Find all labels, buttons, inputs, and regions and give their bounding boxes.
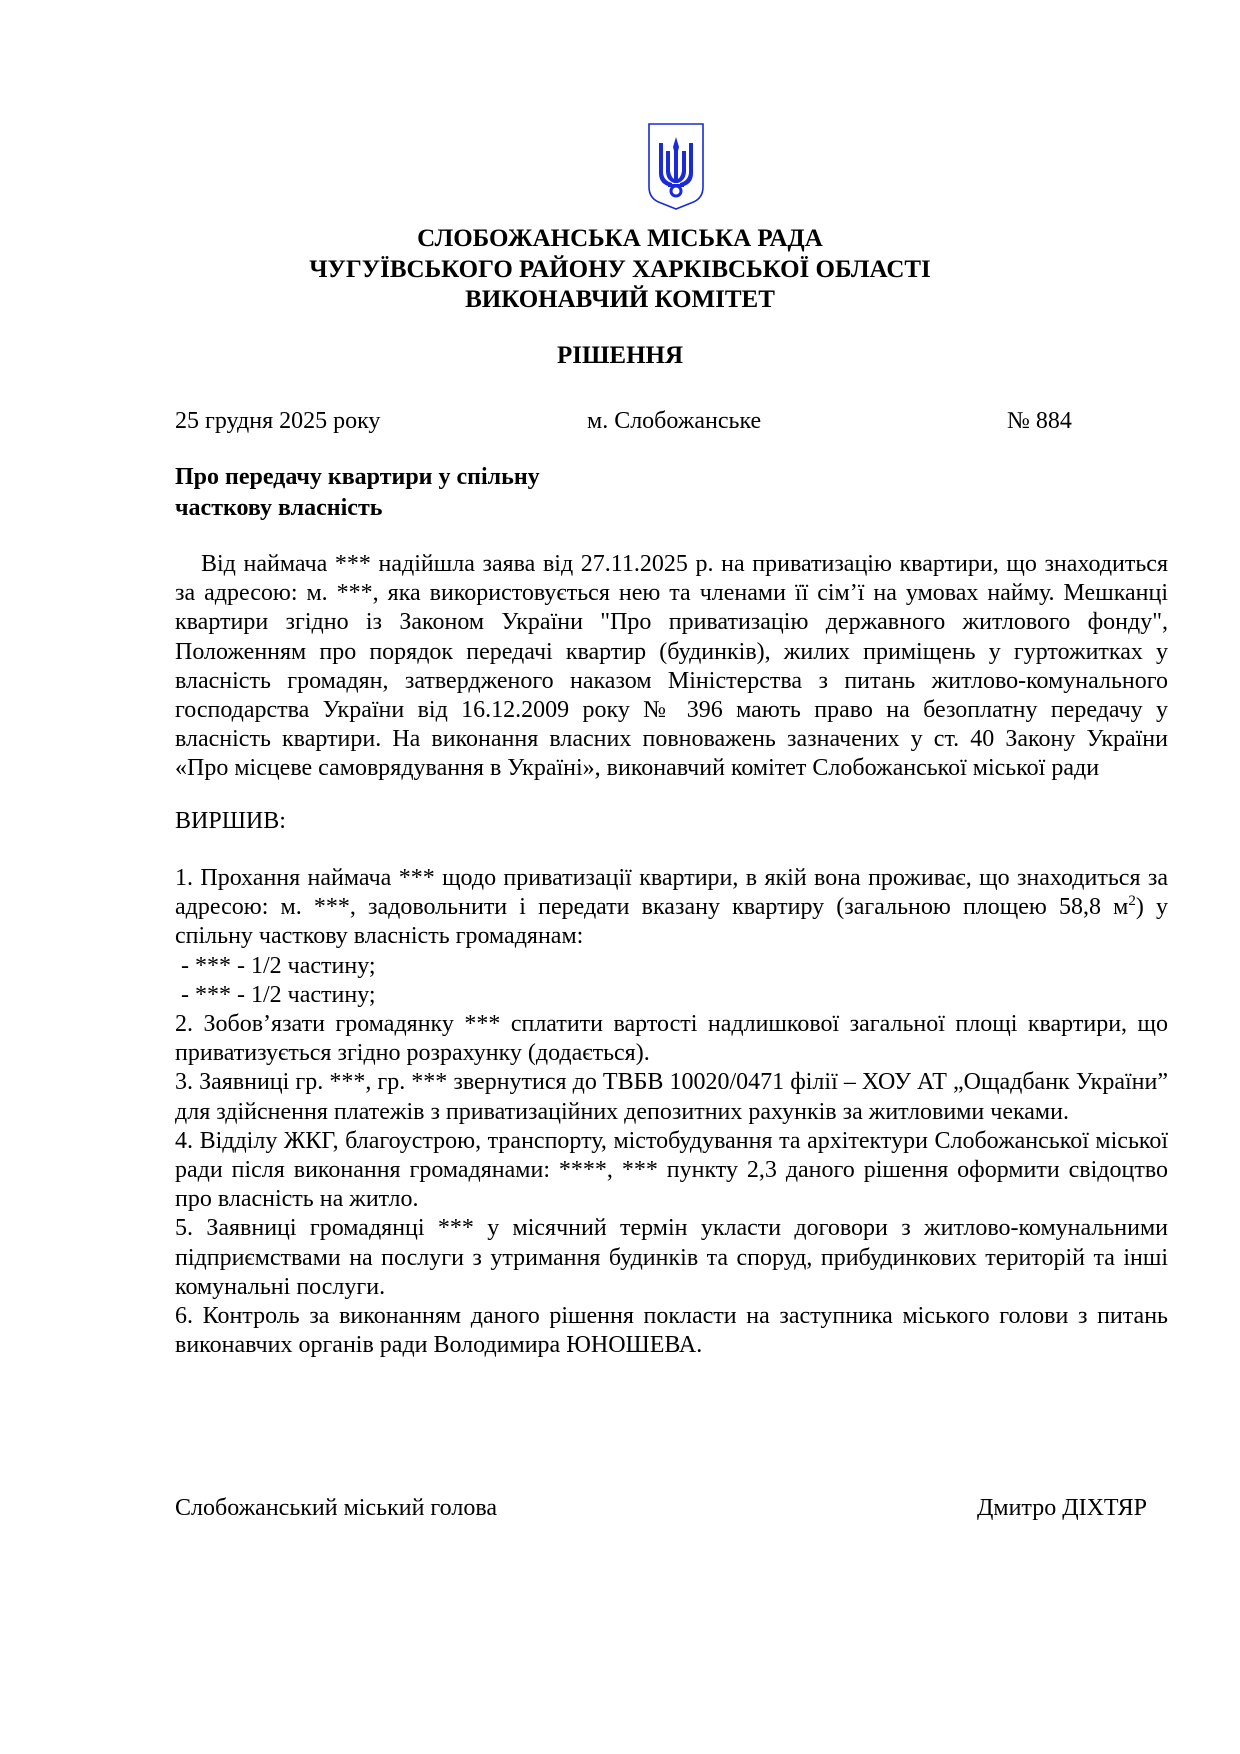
resolution-item-4: 4. Відділу ЖКГ, благоустрою, транспорту,… — [175, 1127, 1168, 1215]
preamble-paragraph: Від наймача *** надійшла заява від 27.11… — [175, 550, 1168, 784]
subject-line-2: часткову власність — [175, 493, 540, 524]
district-name: ЧУГУЇВСЬКОГО РАЙОНУ ХАРКІВСЬКОЇ ОБЛАСТІ — [0, 254, 1240, 285]
document-type-title: РІШЕННЯ — [0, 342, 1240, 370]
decision-number: № 884 — [1007, 408, 1072, 435]
decision-subject: Про передачу квартири у спільну часткову… — [175, 462, 540, 524]
subject-line-1: Про передачу квартири у спільну — [175, 462, 540, 493]
ownership-share-2: - *** - 1/2 частину; — [175, 981, 1168, 1010]
resolution-items: 1. Прохання наймача *** щодо приватизаці… — [175, 864, 1168, 1360]
resolution-item-3: 3. Заявниці гр. ***, гр. *** звернутися … — [175, 1068, 1168, 1126]
resolution-item-6: 6. Контроль за виконанням даного рішення… — [175, 1302, 1168, 1360]
square-superscript: 2 — [1128, 893, 1136, 909]
resolution-item-1: 1. Прохання наймача *** щодо приватизаці… — [175, 864, 1168, 952]
resolution-item-2: 2. Зобов’язати громадянку *** сплатити в… — [175, 1010, 1168, 1068]
decision-city: м. Слобожанське — [587, 408, 761, 435]
committee-name: ВИКОНАВЧИЙ КОМІТЕТ — [0, 284, 1240, 315]
resolved-label: ВИРШИВ: — [175, 808, 286, 835]
ownership-share-1: - *** - 1/2 частину; — [175, 952, 1168, 981]
decision-date: 25 грудня 2025 року — [175, 408, 380, 435]
document-page: СЛОБОЖАНСЬКА МІСЬКА РАДА ЧУГУЇВСЬКОГО РА… — [0, 0, 1240, 1754]
signatory-name: Дмитро ДІХТЯР — [977, 1495, 1147, 1522]
council-name: СЛОБОЖАНСЬКА МІСЬКА РАДА — [0, 223, 1240, 254]
signatory-position: Слобожанський міський голова — [175, 1495, 497, 1522]
resolution-item-5: 5. Заявниці громадянці *** у місячний те… — [175, 1214, 1168, 1302]
ukraine-trident-coat-of-arms-icon — [646, 121, 706, 211]
